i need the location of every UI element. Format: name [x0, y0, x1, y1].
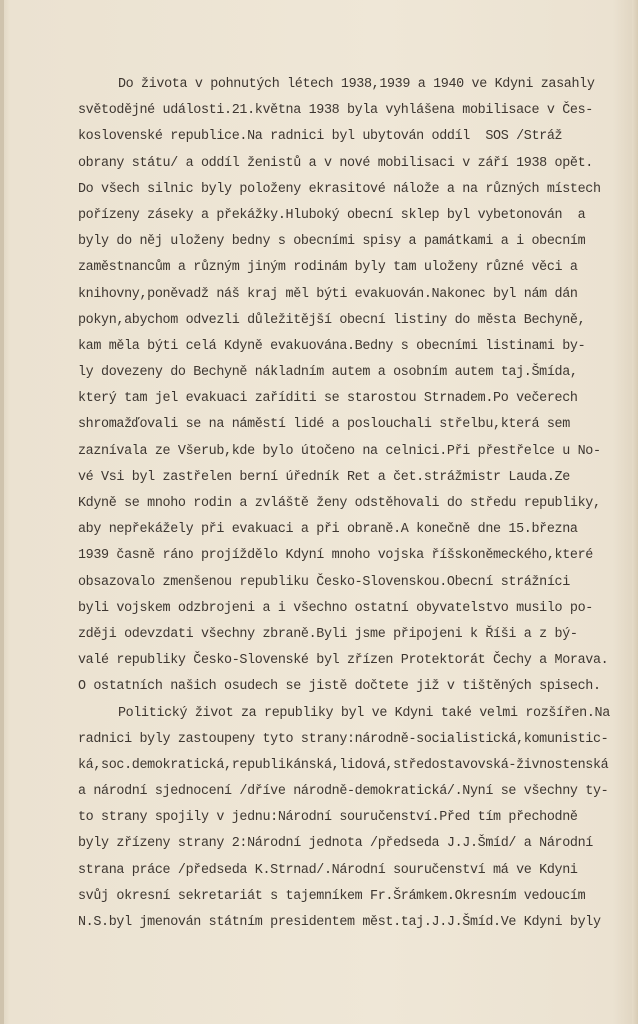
text-line: vé Vsi byl zastřelen berní úředník Ret a… [78, 465, 618, 491]
paragraph-first-line: Politický život za republiky byl ve Kdyn… [78, 701, 618, 727]
text-line: N.S.byl jmenován státním presidentem měs… [78, 910, 618, 936]
text-line: byli vojskem odzbrojeni a i všechno osta… [78, 596, 618, 622]
text-line: aby nepřekážely při evakuaci a při obran… [78, 517, 618, 543]
text-line: valé republiky Česko-Slovenské byl zříze… [78, 648, 618, 674]
text-line: pokyn,abychom odvezli důležitější obecní… [78, 308, 618, 334]
paragraph-first-line: Do života v pohnutých létech 1938,1939 a… [78, 72, 618, 98]
typewritten-text-body: Do života v pohnutých létech 1938,1939 a… [78, 72, 618, 936]
text-line: kam měla býti celá Kdyně evakuována.Bedn… [78, 334, 618, 360]
text-line: byly do něj uloženy bedny s obecními spi… [78, 229, 618, 255]
text-line: pořízeny záseky a překážky.Hluboký obecn… [78, 203, 618, 229]
text-line: svůj okresní sekretariát s tajemníkem Fr… [78, 884, 618, 910]
text-line: knihovny,poněvadž náš kraj měl býti evak… [78, 282, 618, 308]
text-line: zději odevzdati všechny zbraně.Byli jsme… [78, 622, 618, 648]
text-line: který tam jel evakuaci zaříditi se staro… [78, 386, 618, 412]
text-line: shromažďovali se na náměstí lidé a poslo… [78, 412, 618, 438]
text-line: strana práce /předseda K.Strnad/.Národní… [78, 858, 618, 884]
text-line: Do všech silnic byly položeny ekrasitové… [78, 177, 618, 203]
text-line: byly zřízeny strany 2:Národní jednota /p… [78, 831, 618, 857]
document-page: Do života v pohnutých létech 1938,1939 a… [0, 0, 638, 1024]
text-line: radnici byly zastoupeny tyto strany:náro… [78, 727, 618, 753]
text-line: a národní sjednocení /dříve národně-demo… [78, 779, 618, 805]
text-line: 1939 časně ráno projíždělo Kdyní mnoho v… [78, 543, 618, 569]
text-line: zaměstnancům a různým jiným rodinám byly… [78, 255, 618, 281]
text-line: to strany spojily v jednu:Národní souruč… [78, 805, 618, 831]
text-line: obrany státu/ a oddíl ženistů a v nové m… [78, 151, 618, 177]
text-line: koslovenské republice.Na radnici byl uby… [78, 124, 618, 150]
text-line: obsazovalo zmenšenou republiku Česko-Slo… [78, 570, 618, 596]
text-line: O ostatních našich osudech se jistě dočt… [78, 674, 618, 700]
text-line: světodějné události.21.května 1938 byla … [78, 98, 618, 124]
text-line: ly dovezeny do Bechyně nákladním autem a… [78, 360, 618, 386]
text-line: Kdyně se mnoho rodin a zvláště ženy odst… [78, 491, 618, 517]
text-line: ká,soc.demokratická,republikánská,lidová… [78, 753, 618, 779]
text-line: zaznívala ze Všerub,kde bylo útočeno na … [78, 439, 618, 465]
